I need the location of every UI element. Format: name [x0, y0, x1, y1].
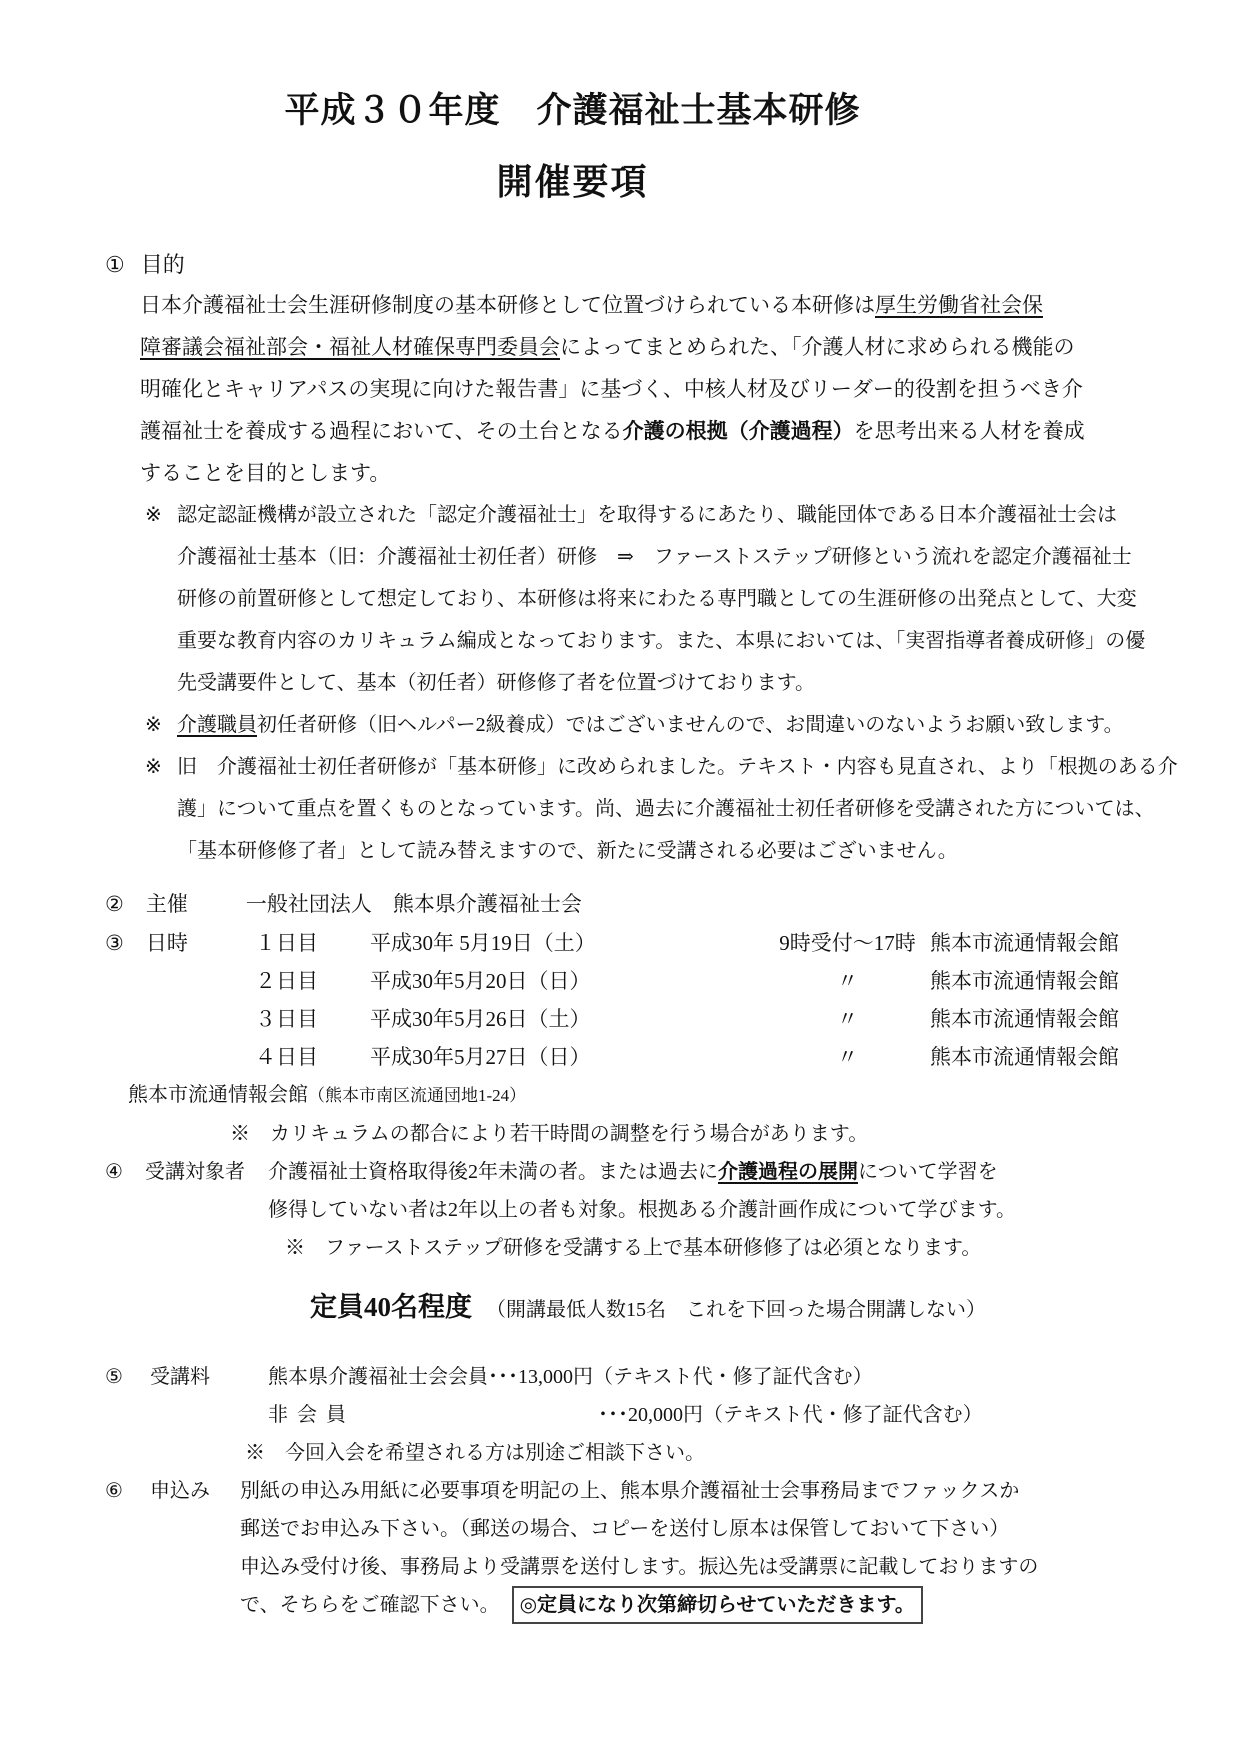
fee-nonmember-row: 非 会 員 ･･･20,000円（テキスト代・修了証代含む） [268, 1396, 1040, 1434]
audience-line-2: 修得していない者は2年以上の者も対象。根拠ある介護計画作成について学びます。 [268, 1191, 1040, 1229]
note-line: 介護福祉士基本（旧：介護福祉士初任者）研修 ⇒ ファーストステップ研修という流れ… [177, 536, 1145, 578]
document-content: 平成３０年度 介護福祉士基本研修 開催要項 ①目的 日本介護福祉士会生涯研修制度… [105, 88, 1040, 1624]
section-application: ⑥ 申込み 別紙の申込み用紙に必要事項を明記の上、熊本県介護福祉士会事務局までフ… [105, 1472, 1040, 1624]
section-purpose-label: 目的 [141, 252, 185, 277]
schedule-row-3: ３日目 平成30年5月26日（土） 〃 熊本市流通情報会館 [105, 1000, 1040, 1038]
schedule-venue: 熊本市流通情報会館 [930, 1038, 1119, 1076]
deadline-box: ◎定員になり次第締切らせていただきます。 [512, 1586, 923, 1624]
purpose-line-1-underlined: 厚生労働省社会保 [875, 293, 1043, 317]
purpose-line-2-text: によってまとめられた、「介護人材に求められる機能の [560, 335, 1075, 359]
schedule-row-4: ４日目 平成30年5月27日（日） 〃 熊本市流通情報会館 [105, 1038, 1040, 1076]
purpose-paragraph: 日本介護福祉士会生涯研修制度の基本研修として位置づけられている本研修は厚生労働省… [140, 284, 1040, 494]
schedule-date: 平成30年5月27日（日） [370, 1038, 765, 1076]
note-line: 護」について重点を置くものとなっています。尚、過去に介護福祉士初任者研修を受講さ… [177, 788, 1178, 830]
note-line: 研修の前置研修として想定しており、本研修は将来にわたる専門職としての生涯研修の出… [177, 578, 1145, 620]
application-line-1: 別紙の申込み用紙に必要事項を明記の上、熊本県介護福祉士会事務局までファックスか [240, 1472, 1040, 1510]
note-line: 介護職員初任者研修（旧ヘルパー2級養成）ではございませんので、お間違いのないよう… [177, 704, 1124, 746]
schedule-date: 平成30年5月20日（日） [370, 962, 765, 1000]
doc-subtitle: 開催要項 [105, 158, 1040, 206]
section-organizer-label: 主催 [146, 892, 188, 916]
purpose-line-1-text: 日本介護福祉士会生涯研修制度の基本研修として位置づけられている本研修は [140, 293, 875, 317]
schedule-day: ３日目 [255, 1000, 370, 1038]
purpose-note-2: ※ 介護職員初任者研修（旧ヘルパー2級養成）ではございませんので、お間違いのない… [145, 704, 1040, 746]
schedule-time-ditto: 〃 [765, 1000, 930, 1038]
purpose-note-2-body: 介護職員初任者研修（旧ヘルパー2級養成）ではございませんので、お間違いのないよう… [177, 704, 1124, 746]
schedule-time: 9時受付～17時 [765, 924, 930, 962]
schedule-time-ditto: 〃 [765, 962, 930, 1000]
section-organizer: ②主催一般社団法人 熊本県介護福祉士会 [105, 884, 1040, 924]
purpose-line-4: 護福祉士を養成する過程において、その土台となる介護の根拠（介護過程）を思考出来る… [140, 410, 1040, 452]
organizer-value: 一般社団法人 熊本県介護福祉士会 [246, 892, 582, 916]
section-application-label: 申込み [150, 1472, 240, 1624]
fee-member-text: 熊本県介護福祉士会会員･･･13,000円（テキスト代・修了証代含む） [268, 1358, 873, 1396]
note-line: 認定認証機構が設立された「認定介護福祉士」を取得するにあたり、職能団体である日本… [177, 494, 1145, 536]
application-line-4-text: で、そちらをご確認下さい。 [240, 1594, 500, 1616]
venue-address: 熊本市流通情報会館（熊本市南区流通団地1-24） [128, 1076, 1040, 1115]
schedule-note: ※ カリキュラムの都合により若干時間の調整を行う場合があります。 [230, 1115, 1040, 1153]
note-line: 旧 介護福祉士初任者研修が「基本研修」に改められました。テキスト・内容も見直され… [177, 746, 1178, 788]
purpose-note-1: ※ 認定認証機構が設立された「認定介護福祉士」を取得するにあたり、職能団体である… [145, 494, 1040, 704]
note-marker: ※ [145, 494, 177, 704]
fee-member-label: 熊本県介護福祉士会会員 [268, 1366, 488, 1388]
fee-member-amount: 13,000円（テキスト代・修了証代含む） [518, 1366, 873, 1388]
capacity-sub: （開講最低人数15名 これを下回った場合開講しない） [486, 1299, 986, 1321]
note-2-underlined: 介護職員 [177, 714, 257, 736]
section-fee: ⑤ 受講料 熊本県介護福祉士会会員･･･13,000円（テキスト代・修了証代含む… [105, 1358, 1040, 1472]
venue-name: 熊本市流通情報会館 [128, 1084, 308, 1106]
venue-address-detail: （熊本市南区流通団地1-24） [308, 1086, 526, 1105]
schedule-day: １日目 [255, 924, 370, 962]
application-line-2: 郵送でお申込み下さい。（郵送の場合、コピーを送付し原本は保管しておいて下さい） [240, 1510, 1040, 1548]
purpose-line-5: することを目的とします。 [140, 452, 1040, 494]
document-page: 平成３０年度 介護福祉士基本研修 開催要項 ①目的 日本介護福祉士会生涯研修制度… [0, 0, 1240, 1754]
purpose-line-4-text: 護福祉士を養成する過程において、その土台となる [140, 419, 623, 443]
doc-title: 平成３０年度 介護福祉士基本研修 [105, 88, 1040, 134]
fee-member-dots: ･･･ [488, 1366, 518, 1388]
section-purpose-number: ① [105, 252, 125, 277]
schedule-venue: 熊本市流通情報会館 [930, 924, 1119, 962]
fee-member-row: ⑤ 受講料 熊本県介護福祉士会会員･･･13,000円（テキスト代・修了証代含む… [105, 1358, 1040, 1396]
note-line: 「基本研修修了者」として読み替えますので、新たに受講される必要はございません。 [177, 830, 1178, 872]
schedule-venue: 熊本市流通情報会館 [930, 962, 1119, 1000]
schedule-day: ４日目 [255, 1038, 370, 1076]
schedule-time-ditto: 〃 [765, 1038, 930, 1076]
schedule-head: ③日時 [105, 924, 255, 962]
purpose-note-3-body: 旧 介護福祉士初任者研修が「基本研修」に改められました。テキスト・内容も見直され… [177, 746, 1178, 872]
section-fee-number: ⑤ [105, 1358, 150, 1396]
purpose-line-2: 障審議会福祉部会・福祉人材確保専門委員会によってまとめられた、「介護人材に求めら… [140, 326, 1040, 368]
fee-nonmember-text: ･･･20,000円（テキスト代・修了証代含む） [598, 1396, 983, 1434]
schedule-day: ２日目 [255, 962, 370, 1000]
purpose-line-4-text-b: を思考出来る人材を養成 [854, 419, 1085, 443]
capacity-line: 定員40名程度（開講最低人数15名 これを下回った場合開講しない） [310, 1285, 1040, 1332]
section-purpose-heading: ①目的 [105, 246, 1040, 284]
schedule-row-2: ２日目 平成30年5月20日（日） 〃 熊本市流通情報会館 [105, 962, 1040, 1000]
audience-line-1-bold-underlined: 介護過程の展開 [718, 1161, 858, 1183]
application-line-3: 申込み受付け後、事務局より受講票を送付します。振込先は受講票に記載しておりますの [240, 1548, 1040, 1586]
purpose-line-1: 日本介護福祉士会生涯研修制度の基本研修として位置づけられている本研修は厚生労働省… [140, 284, 1040, 326]
purpose-note-3: ※ 旧 介護福祉士初任者研修が「基本研修」に改められました。テキスト・内容も見直… [145, 746, 1040, 872]
note-2-text: 初任者研修（旧ヘルパー2級養成）ではございませんので、お間違いのないようお願い致… [257, 714, 1124, 736]
section-fee-label: 受講料 [150, 1358, 268, 1396]
section-schedule-number: ③ [105, 931, 124, 955]
audience-line-1: 介護福祉士資格取得後2年未満の者。または過去に介護過程の展開について学習を [268, 1153, 998, 1191]
fee-nonmember-amount: 20,000円（テキスト代・修了証代含む） [628, 1404, 983, 1426]
schedule-venue: 熊本市流通情報会館 [930, 1000, 1119, 1038]
note-line: 重要な教育内容のカリキュラム編成となっております。また、本県においては、「実習指… [177, 620, 1145, 662]
fee-nonmember-dots: ･･･ [598, 1404, 628, 1426]
purpose-line-4-bold: 介護の根拠（介護過程） [623, 419, 854, 443]
schedule-row-1: ③日時 １日目 平成30年 5月19日（土） 9時受付～17時 熊本市流通情報会… [105, 924, 1040, 962]
section-schedule-label: 日時 [146, 931, 188, 955]
fee-nonmember-label: 非 会 員 [268, 1396, 598, 1434]
purpose-line-2-underlined: 障審議会福祉部会・福祉人材確保専門委員会 [140, 335, 560, 359]
purpose-line-3: 明確化とキャリアパスの実現に向けた報告書」に基づく、中核人材及びリーダー的役割を… [140, 368, 1040, 410]
capacity-main: 定員40名程度 [310, 1292, 472, 1322]
application-text: 別紙の申込み用紙に必要事項を明記の上、熊本県介護福祉士会事務局までファックスか … [240, 1472, 1040, 1624]
schedule-date: 平成30年5月26日（土） [370, 1000, 765, 1038]
section-audience-label: 受講対象者 [145, 1153, 268, 1191]
application-line-4: で、そちらをご確認下さい。◎定員になり次第締切らせていただきます。 [240, 1586, 1040, 1624]
section-organizer-number: ② [105, 892, 124, 916]
schedule-date: 平成30年 5月19日（土） [370, 924, 765, 962]
audience-line-1-text: 介護福祉士資格取得後2年未満の者。または過去に [268, 1161, 718, 1183]
section-audience-number: ④ [105, 1153, 145, 1191]
section-audience: ④ 受講対象者 介護福祉士資格取得後2年未満の者。または過去に介護過程の展開につ… [105, 1153, 1040, 1191]
purpose-note-1-body: 認定認証機構が設立された「認定介護福祉士」を取得するにあたり、職能団体である日本… [177, 494, 1145, 704]
section-application-number: ⑥ [105, 1472, 150, 1624]
note-marker: ※ [145, 704, 177, 746]
note-line: 先受講要件として、基本（初任者）研修修了者を位置づけております。 [177, 662, 1145, 704]
audience-note: ※ ファーストステップ研修を受講する上で基本研修修了は必須となります。 [285, 1229, 1040, 1267]
fee-note: ※ 今回入会を希望される方は別途ご相談下さい。 [245, 1434, 1040, 1472]
note-marker: ※ [145, 746, 177, 872]
audience-line-1-text-b: について学習を [858, 1161, 998, 1183]
